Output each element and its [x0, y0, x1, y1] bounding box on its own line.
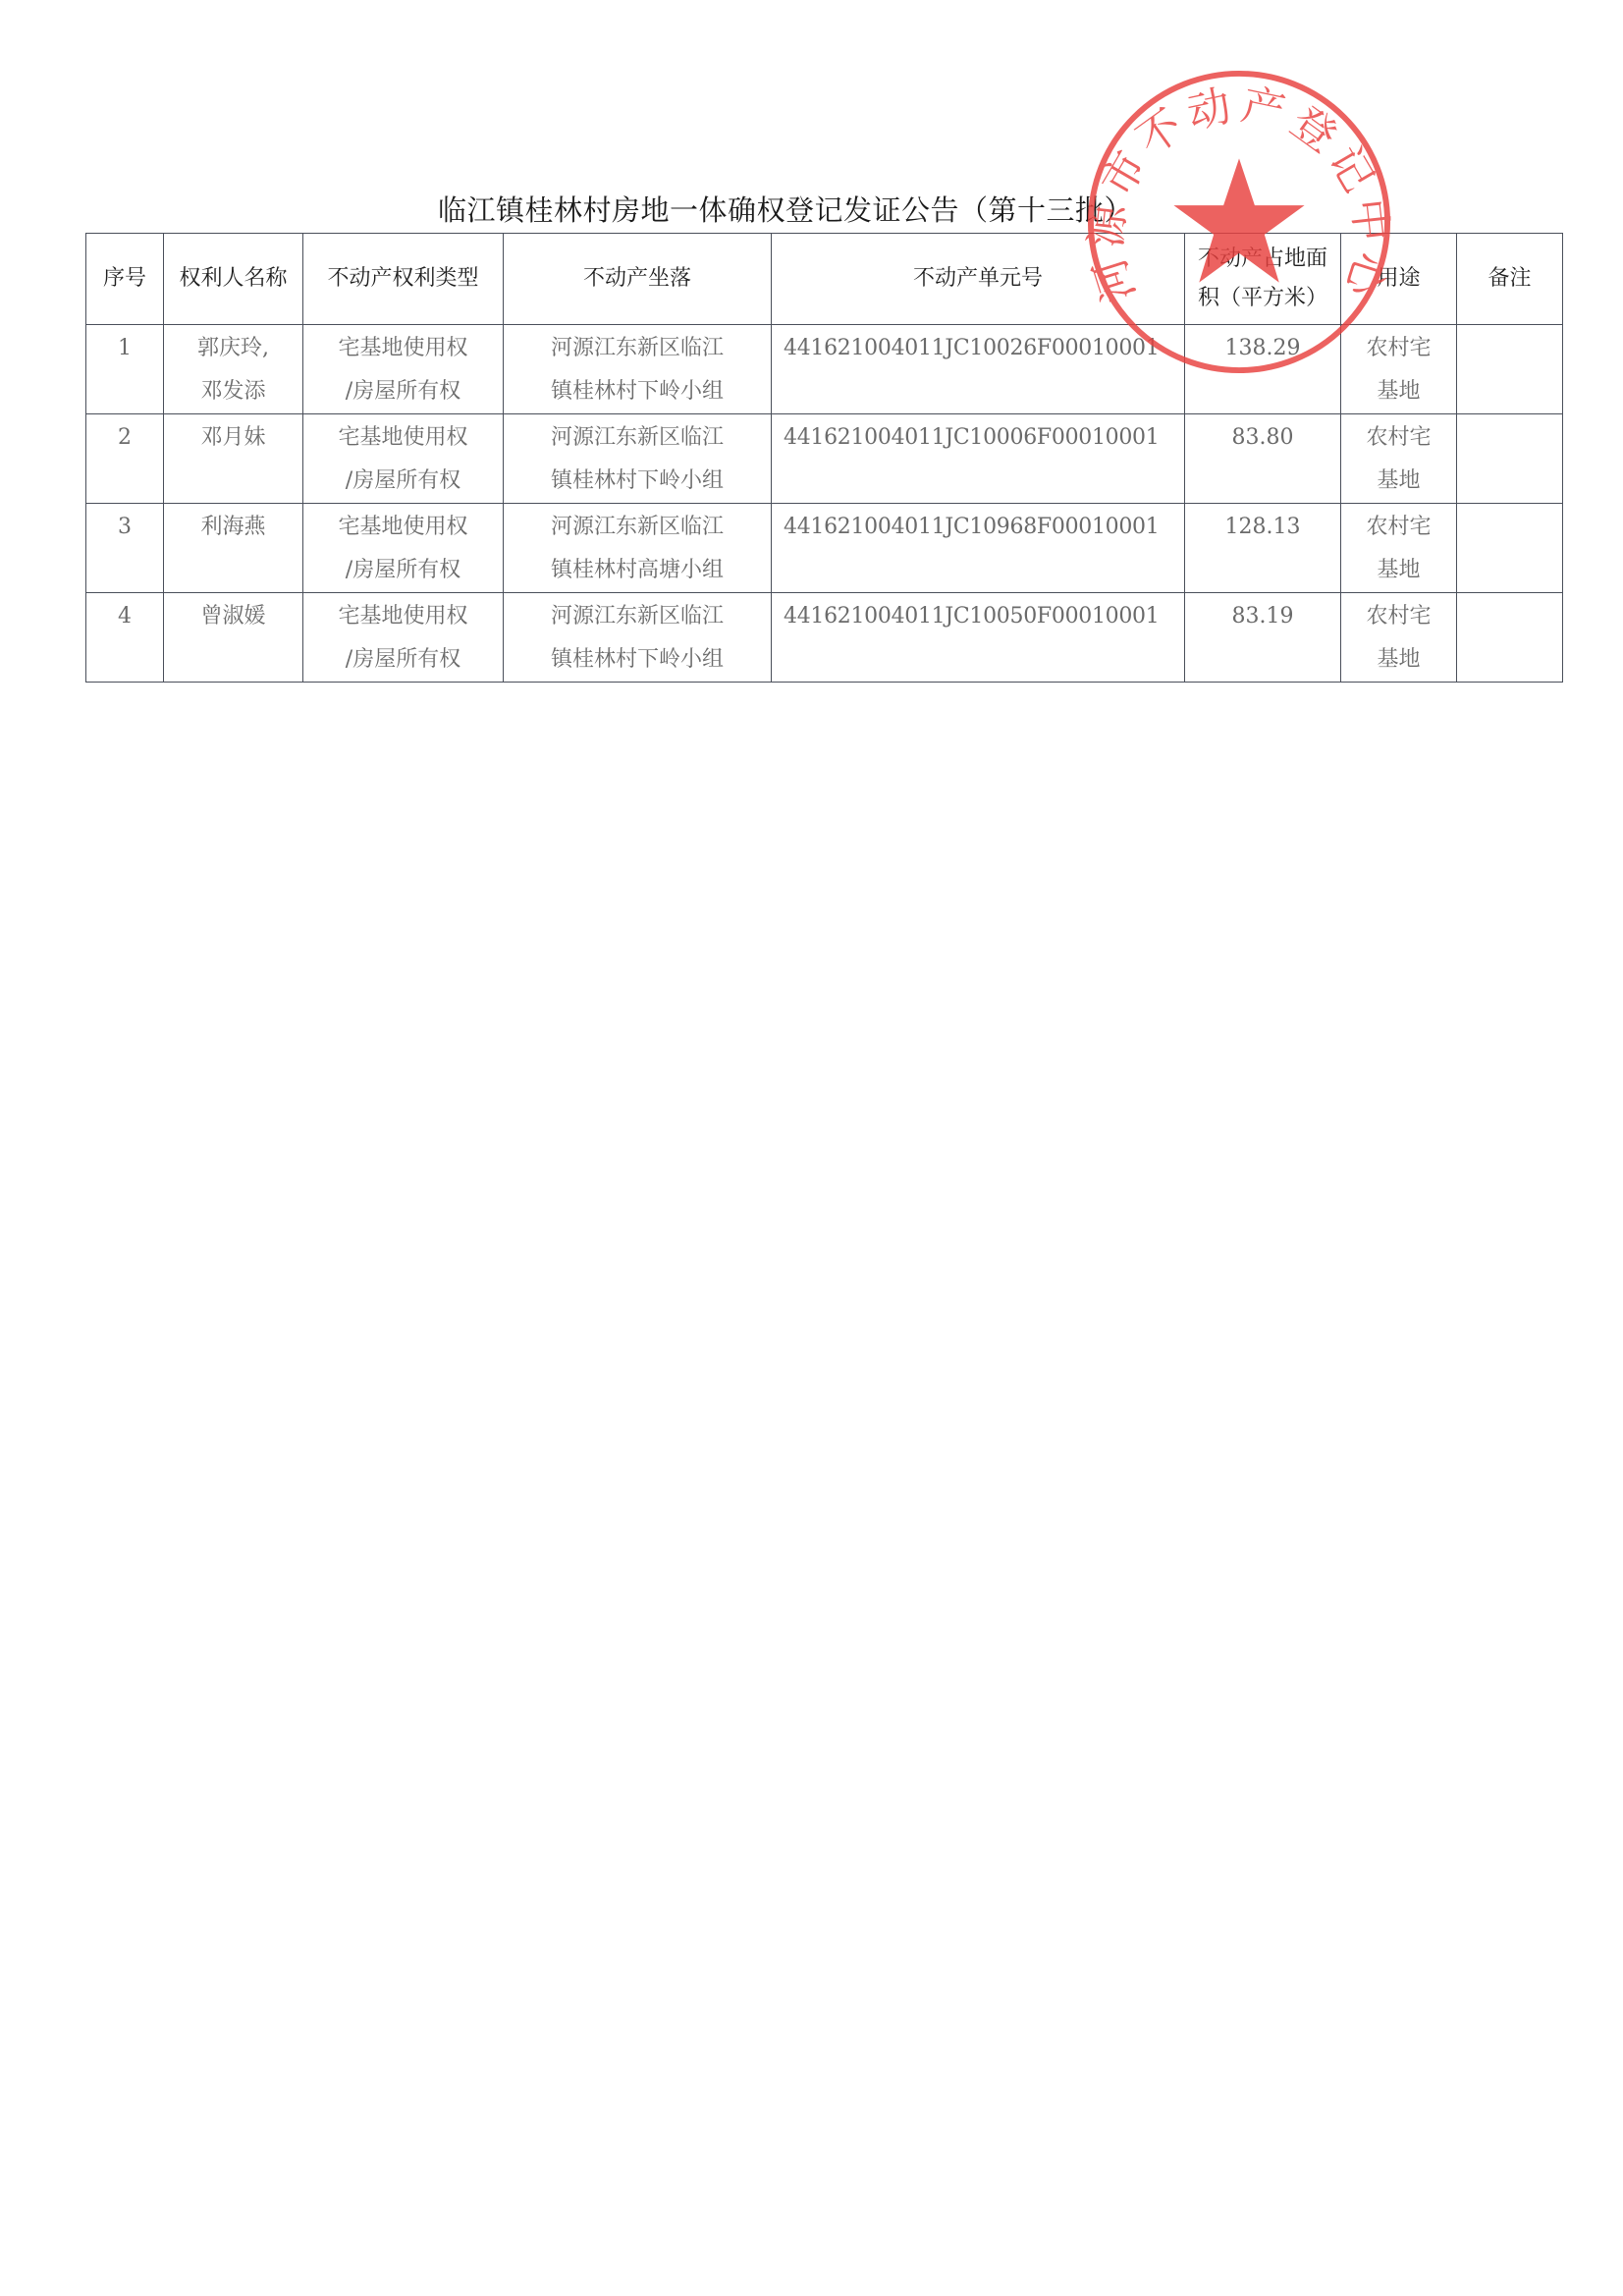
usage-cell: 农村宅基地: [1341, 504, 1457, 593]
owner-cell: 邓月妹: [164, 414, 303, 504]
usage-line: 基地: [1341, 370, 1456, 413]
header-area: 不动产占地面 积（平方米）: [1185, 234, 1341, 325]
page-title: 临江镇桂林村房地一体确权登记发证公告（第十三批）: [438, 189, 1133, 229]
table-row: 3利海燕宅基地使用权/房屋所有权河源江东新区临江镇桂林村高塘小组44162100…: [86, 504, 1563, 593]
remark-cell: [1457, 325, 1563, 414]
index-cell: 3: [86, 504, 164, 593]
owner-line: 曾淑媛: [164, 595, 302, 638]
area-cell: 83.19: [1185, 593, 1341, 683]
table-body: 1郭庆玲,邓发添宅基地使用权/房屋所有权河源江东新区临江镇桂林村下岭小组4416…: [86, 325, 1563, 683]
right-type-line: /房屋所有权: [303, 638, 503, 682]
owner-line: 郭庆玲,: [164, 327, 302, 370]
right-type-line: /房屋所有权: [303, 370, 503, 413]
location-line: 河源江东新区临江: [504, 416, 771, 460]
header-area-line: 不动产占地面: [1185, 240, 1340, 279]
usage-line: 基地: [1341, 638, 1456, 682]
usage-cell: 农村宅基地: [1341, 325, 1457, 414]
right-type-line: 宅基地使用权: [303, 506, 503, 549]
remark-cell: [1457, 414, 1563, 504]
header-owner: 权利人名称: [164, 234, 303, 325]
usage-line: 农村宅: [1341, 327, 1456, 370]
unit-no-cell: 441621004011JC10026F00010001: [772, 325, 1185, 414]
location-line: 镇桂林村下岭小组: [504, 460, 771, 503]
owner-line: 邓发添: [164, 370, 302, 413]
usage-line: 农村宅: [1341, 595, 1456, 638]
area-cell: 83.80: [1185, 414, 1341, 504]
table-row: 1郭庆玲,邓发添宅基地使用权/房屋所有权河源江东新区临江镇桂林村下岭小组4416…: [86, 325, 1563, 414]
right-type-line: 宅基地使用权: [303, 327, 503, 370]
remark-cell: [1457, 593, 1563, 683]
usage-line: 基地: [1341, 460, 1456, 503]
remark-cell: [1457, 504, 1563, 593]
location-line: 镇桂林村高塘小组: [504, 549, 771, 592]
unit-no-cell: 441621004011JC10050F00010001: [772, 593, 1185, 683]
usage-line: 农村宅: [1341, 506, 1456, 549]
location-cell: 河源江东新区临江镇桂林村下岭小组: [504, 593, 772, 683]
location-cell: 河源江东新区临江镇桂林村下岭小组: [504, 414, 772, 504]
right-type-cell: 宅基地使用权/房屋所有权: [303, 414, 504, 504]
location-cell: 河源江东新区临江镇桂林村下岭小组: [504, 325, 772, 414]
header-usage: 用途: [1341, 234, 1457, 325]
owner-cell: 利海燕: [164, 504, 303, 593]
owner-cell: 曾淑媛: [164, 593, 303, 683]
location-line: 河源江东新区临江: [504, 595, 771, 638]
area-cell: 138.29: [1185, 325, 1341, 414]
index-cell: 4: [86, 593, 164, 683]
usage-cell: 农村宅基地: [1341, 414, 1457, 504]
location-cell: 河源江东新区临江镇桂林村高塘小组: [504, 504, 772, 593]
table-row: 4曾淑媛宅基地使用权/房屋所有权河源江东新区临江镇桂林村下岭小组44162100…: [86, 593, 1563, 683]
right-type-line: /房屋所有权: [303, 549, 503, 592]
unit-no-cell: 441621004011JC10968F00010001: [772, 504, 1185, 593]
index-cell: 2: [86, 414, 164, 504]
owner-line: 邓月妹: [164, 416, 302, 460]
unit-no-cell: 441621004011JC10006F00010001: [772, 414, 1185, 504]
right-type-cell: 宅基地使用权/房屋所有权: [303, 325, 504, 414]
usage-line: 基地: [1341, 549, 1456, 592]
right-type-cell: 宅基地使用权/房屋所有权: [303, 593, 504, 683]
right-type-cell: 宅基地使用权/房屋所有权: [303, 504, 504, 593]
index-cell: 1: [86, 325, 164, 414]
location-line: 镇桂林村下岭小组: [504, 370, 771, 413]
header-remark: 备注: [1457, 234, 1563, 325]
notice-table: 序号 权利人名称 不动产权利类型 不动产坐落 不动产单元号 不动产占地面 积（平…: [85, 233, 1563, 683]
location-line: 河源江东新区临江: [504, 506, 771, 549]
header-index: 序号: [86, 234, 164, 325]
area-cell: 128.13: [1185, 504, 1341, 593]
header-right-type: 不动产权利类型: [303, 234, 504, 325]
usage-cell: 农村宅基地: [1341, 593, 1457, 683]
location-line: 河源江东新区临江: [504, 327, 771, 370]
right-type-line: 宅基地使用权: [303, 416, 503, 460]
right-type-line: /房屋所有权: [303, 460, 503, 503]
header-unit-no: 不动产单元号: [772, 234, 1185, 325]
right-type-line: 宅基地使用权: [303, 595, 503, 638]
owner-cell: 郭庆玲,邓发添: [164, 325, 303, 414]
table-row: 2邓月妹宅基地使用权/房屋所有权河源江东新区临江镇桂林村下岭小组44162100…: [86, 414, 1563, 504]
owner-line: 利海燕: [164, 506, 302, 549]
usage-line: 农村宅: [1341, 416, 1456, 460]
header-location: 不动产坐落: [504, 234, 772, 325]
table-header-row: 序号 权利人名称 不动产权利类型 不动产坐落 不动产单元号 不动产占地面 积（平…: [86, 234, 1563, 325]
header-area-line: 积（平方米）: [1185, 279, 1340, 318]
location-line: 镇桂林村下岭小组: [504, 638, 771, 682]
